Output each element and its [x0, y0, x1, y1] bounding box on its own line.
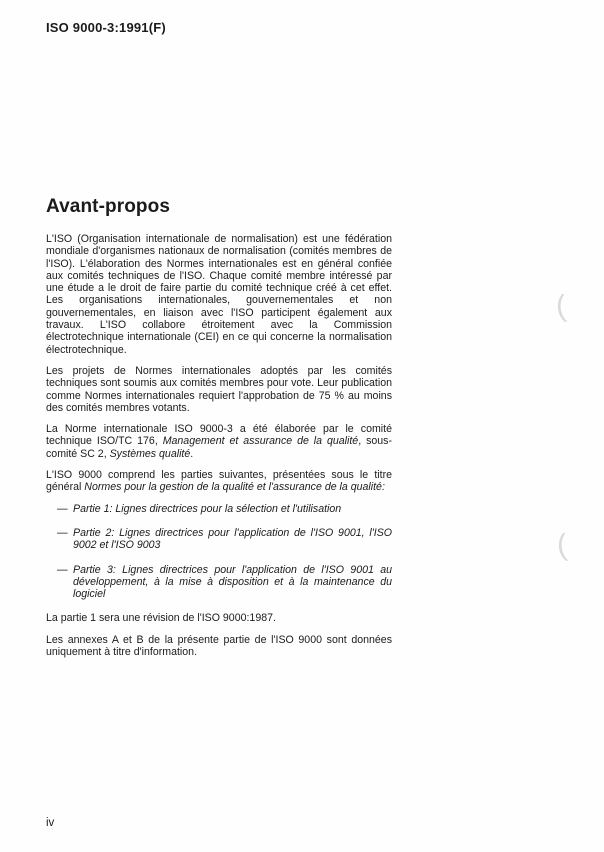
foreword-section: Avant-propos L'ISO (Organisation interna… — [46, 196, 392, 667]
parts-list: — Partie 1: Lignes directrices pour la s… — [46, 503, 392, 601]
list-dash: — — [57, 564, 68, 576]
general-title-italic: Normes pour la gestion de la qualité et … — [84, 481, 385, 493]
list-dash: — — [57, 503, 68, 515]
section-title: Avant-propos — [46, 196, 392, 218]
list-item-text: Partie 1: Lignes directrices pour la sél… — [73, 503, 341, 515]
paragraph-committee-end: . — [190, 448, 193, 460]
paragraph-revision-note: La partie 1 sera une révision de l'ISO 9… — [46, 612, 392, 624]
scan-mark-artifact: ( — [555, 531, 568, 562]
list-item-text: Partie 2: Lignes directrices pour l'appl… — [73, 527, 392, 551]
list-item-partie-2: — Partie 2: Lignes directrices pour l'ap… — [46, 527, 392, 552]
paragraph-iso9000-parts: L'ISO 9000 comprend les parties suivante… — [46, 469, 392, 494]
paragraph-iso-federation: L'ISO (Organisation internationale de no… — [46, 233, 392, 356]
scan-mark-artifact: ( — [554, 292, 567, 323]
subcommittee-name-italic: Systèmes qualité — [110, 448, 191, 460]
paragraph-committee: La Norme internationale ISO 9000-3 a été… — [46, 423, 392, 460]
document-page: ISO 9000-3:1991(F) Avant-propos L'ISO (O… — [0, 0, 604, 852]
list-item-partie-3: — Partie 3: Lignes directrices pour l'ap… — [46, 564, 392, 601]
list-dash: — — [57, 527, 68, 539]
paragraph-annexes-note: Les annexes A et B de la présente partie… — [46, 634, 392, 659]
committee-name-italic: Management et assurance de la qualité — [163, 435, 359, 447]
list-item-partie-1: — Partie 1: Lignes directrices pour la s… — [46, 503, 392, 515]
list-item-text: Partie 3: Lignes directrices pour l'appl… — [73, 564, 392, 601]
document-reference: ISO 9000-3:1991(F) — [46, 20, 166, 35]
page-number: iv — [46, 817, 54, 829]
paragraph-draft-voting: Les projets de Normes internationales ad… — [46, 365, 392, 414]
